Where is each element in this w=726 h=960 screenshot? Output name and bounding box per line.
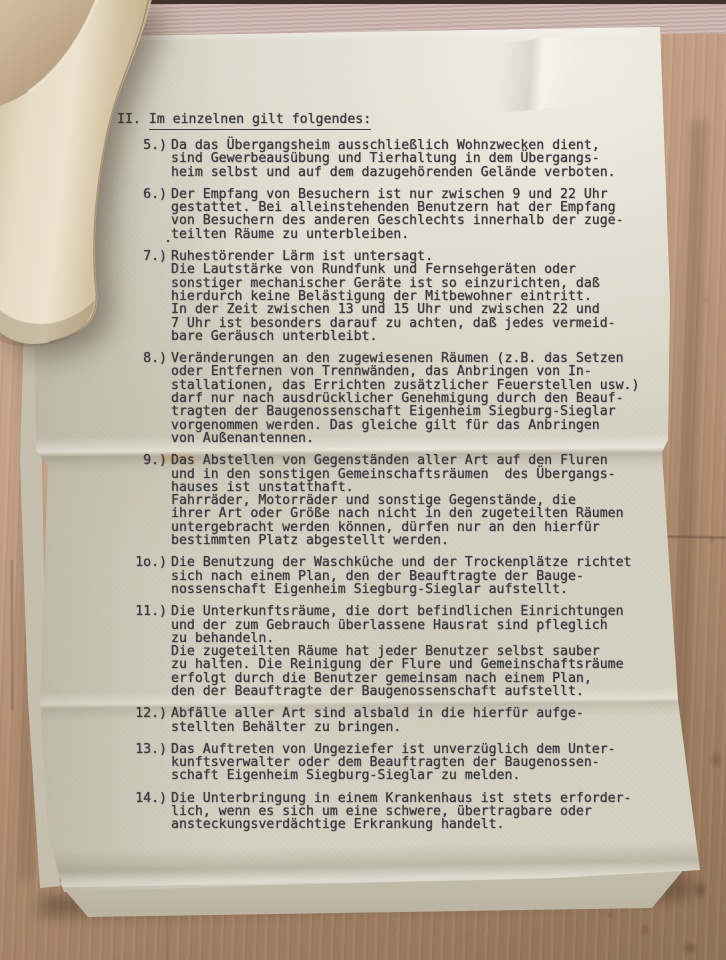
curled-page-corner bbox=[0, 0, 726, 960]
photo-scene: II.Im einzelnen gilt folgendes: 5.) Da d… bbox=[0, 0, 726, 960]
